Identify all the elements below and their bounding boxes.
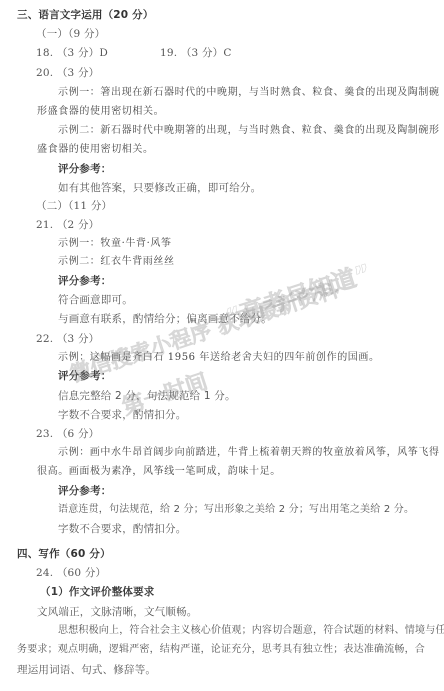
q24-line1: 文风端正，文脉清晰，文气顺畅。 bbox=[37, 605, 198, 619]
q24-label: 24. （60 分） bbox=[36, 566, 106, 580]
q20-example2-line1: 示例二：新石器时代中晚期箸的出现，与当时熟食、粒食、羹食的出现及陶制碗形 bbox=[58, 124, 440, 138]
q19-answer: 19. （3 分）C bbox=[160, 46, 232, 60]
q23-scoring-label: 评分参考： bbox=[58, 484, 112, 498]
q22-label: 22. （3 分） bbox=[36, 332, 99, 346]
q24-subheading: （1）作文评价整体要求 bbox=[40, 585, 155, 599]
q22-scoring-line1: 信息完整给 2 分，句法规范给 1 分。 bbox=[58, 389, 236, 403]
answer-key-page: 三、语言文字运用（20 分） （一）（9 分） 18. （3 分）D 19. （… bbox=[0, 0, 444, 691]
section-3-heading: 三、语言文字运用（20 分） bbox=[17, 8, 154, 22]
q24-line4: 理运用词语、句式、修辞等。 bbox=[17, 663, 156, 677]
q24-line2: 思想积极向上，符合社会主义核心价值观；内容切合题意，符合试题的材料、情境与任 bbox=[58, 624, 444, 638]
q21-scoring-line1: 符合画意即可。 bbox=[58, 293, 133, 307]
q22-scoring-label: 评分参考： bbox=[58, 369, 112, 383]
section-4-heading: 四、写作（60 分） bbox=[17, 547, 111, 561]
q20-scoring-label: 评分参考： bbox=[58, 162, 112, 176]
q20-example2-line2: 盛食器的使用密切相关。 bbox=[37, 143, 154, 157]
q22-example: 示例：这幅画是齐白石 1956 年送给老舍夫妇的四年前创作的国画。 bbox=[58, 351, 380, 365]
q21-label: 21. （2 分） bbox=[36, 218, 99, 232]
q20-example1-line1: 示例一：箸出现在新石器时代的中晚期，与当时熟食、粒食、羹食的出现及陶制碗 bbox=[58, 86, 440, 100]
q23-scoring-line2: 字数不合要求，酌情扣分。 bbox=[58, 522, 186, 536]
q21-scoring-label: 评分参考： bbox=[58, 274, 112, 288]
q20-scoring-text: 如有其他答案，只要修改正确，即可给分。 bbox=[58, 181, 261, 195]
q21-example1: 示例一：牧童·牛背·风筝 bbox=[58, 237, 172, 251]
q21-example2: 示例二：红衣牛背雨丝丝 bbox=[58, 255, 175, 269]
q23-example-line1: 示例：画中水牛昂首阔步向前踏进，牛背上梳着朝天辫的牧童放着风筝，风筝飞得 bbox=[58, 446, 440, 460]
q24-line3: 务要求；观点明确，逻辑严密，结构严谨，论证充分，思考具有独立性；表达准确流畅，合 bbox=[17, 643, 425, 657]
part-2-label: （二）（11 分） bbox=[36, 199, 112, 213]
q23-example-line2: 很高。画面极为素净，风筝线一笔呵成，韵味十足。 bbox=[37, 465, 281, 479]
q23-label: 23. （6 分） bbox=[36, 427, 99, 441]
q22-scoring-line2: 字数不合要求，酌情扣分。 bbox=[58, 408, 186, 422]
q18-answer: 18. （3 分）D bbox=[36, 46, 108, 60]
q20-label: 20. （3 分） bbox=[36, 66, 99, 80]
q23-scoring-line1: 语意连贯，句法规范，给 2 分；写出形象之美给 2 分；写出用笔之美给 2 分。 bbox=[58, 503, 414, 517]
q20-example1-line2: 形盛食器的使用密切相关。 bbox=[37, 105, 164, 119]
part-1-label: （一）（9 分） bbox=[36, 27, 105, 41]
q21-scoring-line2: 与画意有联系，酌情给分；偏离画意不给分。 bbox=[58, 312, 272, 326]
